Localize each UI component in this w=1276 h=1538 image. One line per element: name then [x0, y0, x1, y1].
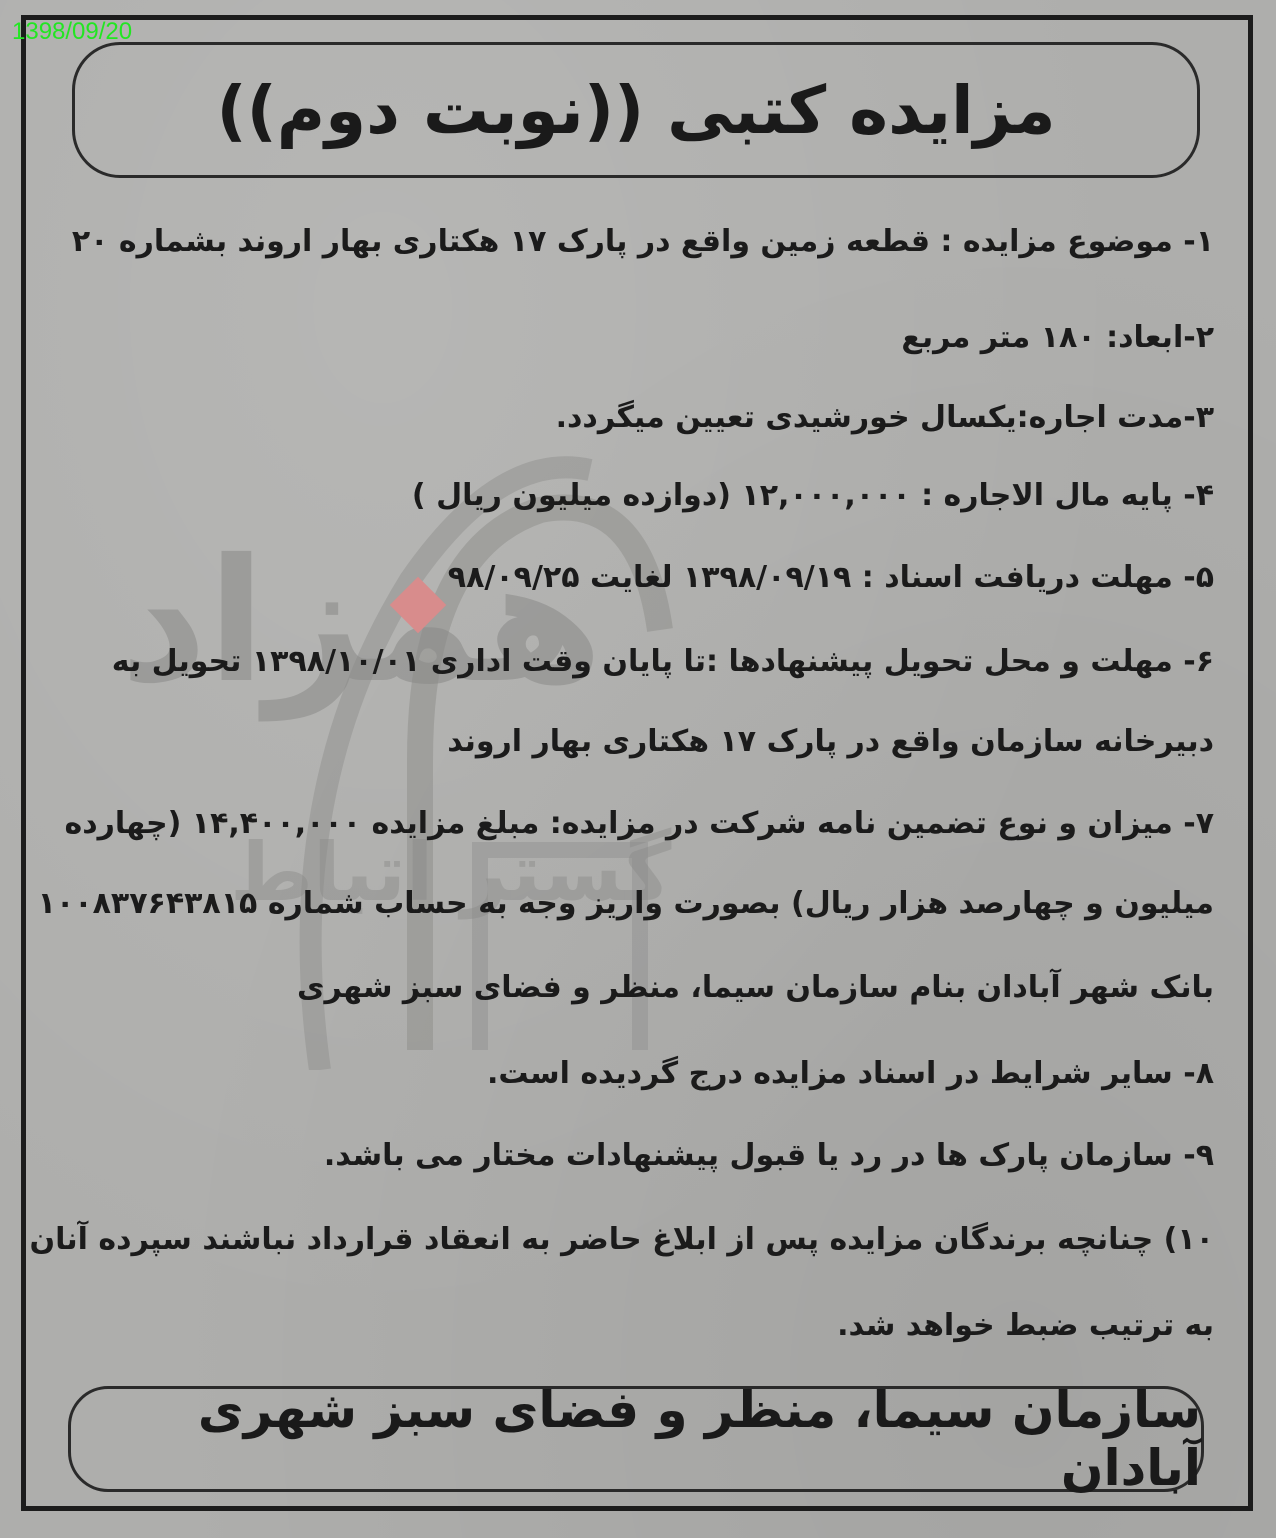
item-7-line-1: ۷- میزان و نوع تضمین نامه شرکت در مزایده…	[65, 806, 1214, 841]
item-6-line-1: ۶- مهلت و محل تحویل پیشنهادها :تا پایان …	[112, 644, 1214, 679]
item-9-line-1: ۹- سازمان پارک ها در رد یا قبول پیشنهادا…	[324, 1138, 1214, 1173]
item-7-line-3: بانک شهر آبادان بنام سازمان سیما، منظر و…	[297, 970, 1214, 1005]
item-8-line-1: ۸- سایر شرایط در اسناد مزایده درج گردیده…	[487, 1056, 1214, 1091]
date-stamp: 1398/09/20	[12, 18, 132, 46]
item-2-line-1: ۲-ابعاد: ۱۸۰ متر مربع	[901, 320, 1214, 355]
item-5-line-1: ۵- مهلت دریافت اسناد : ۱۳۹۸/۰۹/۱۹ لغایت …	[448, 560, 1214, 595]
item-7-line-2: میلیون و چهارصد هزار ریال) بصورت واریز و…	[38, 886, 1214, 921]
notice-body: ۱- موضوع مزایده : قطعه زمین واقع در پارک…	[60, 0, 1214, 1538]
item-6-line-2: دبیرخانه سازمان واقع در پارک ۱۷ هکتاری ب…	[447, 724, 1214, 759]
item-10-line-1: ۱۰) چنانچه برندگان مزایده پس از ابلاغ حا…	[30, 1222, 1214, 1257]
item-1-line-1: ۱- موضوع مزایده : قطعه زمین واقع در پارک…	[72, 224, 1214, 259]
item-3-line-1: ۳-مدت اجاره:یکسال خورشیدی تعیین میگردد.	[556, 400, 1214, 435]
item-10-line-2: به ترتیب ضبط خواهد شد.	[837, 1308, 1214, 1343]
item-4-line-1: ۴- پایه مال الاجاره : ۱۲,۰۰۰,۰۰۰ (دوازده…	[412, 478, 1214, 513]
